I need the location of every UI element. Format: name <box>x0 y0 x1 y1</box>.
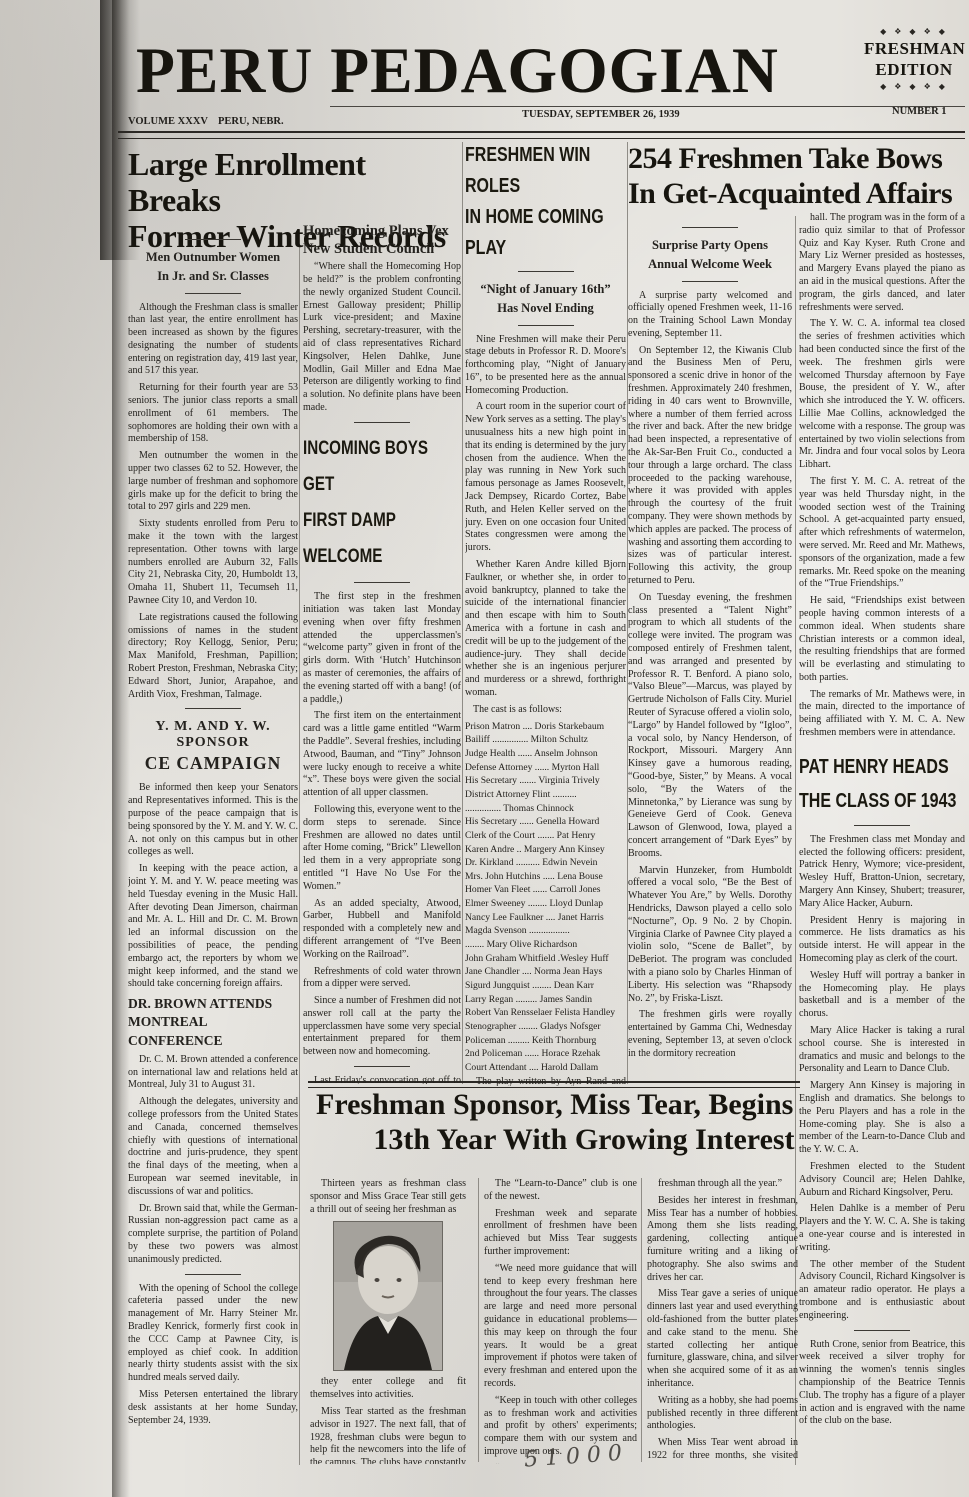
cast-line: Larry Regan ......... James Sandin <box>465 994 626 1007</box>
paragraph: Miss Petersen entertained the library de… <box>128 1389 298 1427</box>
paragraph: The “Learn-to-Dance” club is one of the … <box>484 1178 637 1204</box>
sponsor-column-right: freshman through all the year.”Besides h… <box>647 1178 798 1464</box>
paragraph: A surprise party welcomed and officially… <box>628 290 792 341</box>
subhead-line: Annual Welcome Week <box>648 257 772 271</box>
play-subhead: “Night of January 16th” Has Novel Ending <box>465 280 626 318</box>
edition-line: EDITION <box>864 59 964 80</box>
cast-line: Nancy Lee Faulkner .... Janet Harris <box>465 912 626 925</box>
paragraph: The freshmen girls were royally entertai… <box>628 1009 792 1060</box>
cast-list: Prison Matron .... Doris StarkebaumBaili… <box>465 721 626 1075</box>
paragraph: On Tuesday evening, the freshmen class p… <box>628 592 792 861</box>
paragraph: Dr. Brown said that, while the German-Ru… <box>128 1203 298 1267</box>
cast-line: Robert Van Rensselaer Felista Handley <box>465 1007 626 1020</box>
cast-line: Elmer Sweeney ........ Lloyd Dunlap <box>465 898 626 911</box>
paragraph: When Miss Tear went abroad in 1922 for t… <box>647 1437 798 1464</box>
play-body: Nine Freshmen will make their Peru stage… <box>465 334 626 700</box>
sponsor-headline: Freshman Sponsor, Miss Tear, Begins <box>308 1088 800 1123</box>
column-3: FRESHMEN WIN ROLES IN HOME COMING PLAY “… <box>465 140 626 1086</box>
take-bows-body-left: A surprise party welcomed and officially… <box>628 290 792 1061</box>
headline-line: INCOMING BOYS GET <box>303 431 461 503</box>
diamond-border-bottom-icon <box>864 83 964 91</box>
headline-line: In Get-Acquainted Affairs <box>628 177 952 210</box>
column-rule <box>299 230 300 1465</box>
section-divider <box>185 708 241 709</box>
paragraph: A court room in the superior court of Ne… <box>465 401 626 555</box>
paragraph: Margery Ann Kinsey is majoring in Englis… <box>799 1080 965 1157</box>
dateline: VOLUME XXXV PERU, NEBR. TUESDAY, SEPTEMB… <box>122 108 965 130</box>
cast-line: Clerk of the Court ....... Pat Henry <box>465 830 626 843</box>
sponsor-column-left: Thirteen years as freshman class sponsor… <box>310 1178 466 1464</box>
cast-line: 2nd Policeman ...... Horace Rzehak <box>465 1048 626 1061</box>
peace-body: Be informed then keep your Senators and … <box>128 782 298 991</box>
edition-box: FRESHMAN EDITION <box>864 26 964 93</box>
section-divider <box>185 239 241 240</box>
cast-line: Prison Matron .... Doris Starkebaum <box>465 721 626 734</box>
newspaper-page: PERU PEDAGOGIAN FRESHMAN EDITION VOLUME … <box>0 0 969 1497</box>
column-2: Homecoming Plans Vex New Student Council… <box>303 222 461 1084</box>
peace-headline: CE CAMPAIGN <box>128 753 298 774</box>
paragraph: In keeping with the peace action, a join… <box>128 863 298 991</box>
column-1: Men Outnumber Women In Jr. and Sr. Class… <box>128 232 298 1465</box>
cast-line: Bailiff ............... Milton Schultz <box>465 734 626 747</box>
paragraph: The Y. W. C. A. informal tea closed the … <box>799 318 965 472</box>
headline-line: 254 Freshmen Take Bows <box>628 142 942 175</box>
cast-line: Jane Chandler .... Norma Jean Hays <box>465 966 626 979</box>
paragraph: The play written by Ayn Rand and first p… <box>465 1076 626 1086</box>
paragraph: Sixty students enrolled from Peru to mak… <box>128 518 298 608</box>
paragraph: Following this, everyone went to the dor… <box>303 804 461 894</box>
sponsor-column-middle: The “Learn-to-Dance” club is one of the … <box>484 1178 637 1464</box>
section-divider <box>354 582 410 583</box>
section-divider <box>185 293 241 294</box>
paragraph: The first step in the freshmen initiatio… <box>303 591 461 706</box>
subhead-line: Men Outnumber Women <box>146 250 280 264</box>
cast-line: Mrs. John Hutchins ..... Lena Bouse <box>465 871 626 884</box>
brown-body: Dr. C. M. Brown attended a conference on… <box>128 1054 298 1267</box>
date-label: TUESDAY, SEPTEMBER 26, 1939 <box>522 109 680 120</box>
cast-line: Karen Andre .. Margery Ann Kinsey <box>465 844 626 857</box>
paragraph: Although the delegates, university and c… <box>128 1096 298 1198</box>
tennis-brief: Ruth Crone, senior from Beatrice, this w… <box>799 1339 965 1429</box>
cast-line: Court Attendant .... Harold Dallam <box>465 1062 626 1075</box>
paragraph: As an added specialty, Atwood, Garber, H… <box>303 898 461 962</box>
paragraph: The first item on the entertainment card… <box>303 710 461 800</box>
issue-number-label: NUMBER 1 <box>892 106 947 117</box>
paragraph: Nine Freshmen will make their Peru stage… <box>465 334 626 398</box>
headline-line: DR. BROWN ATTENDS <box>128 996 272 1011</box>
masthead-rule <box>330 106 965 107</box>
paragraph: Mary Alice Hacker is taking a rural scho… <box>799 1025 965 1076</box>
paper-title: PERU PEDAGOGIAN <box>136 34 861 109</box>
masthead-double-rule <box>118 131 965 139</box>
cast-line: John Graham Whitfield .Wesley Huff <box>465 953 626 966</box>
section-divider <box>354 422 410 423</box>
headline-line: New Student Council <box>303 241 434 257</box>
paragraph: “We need more guidance that will tend to… <box>484 1263 637 1391</box>
news-briefs: With the opening of School the college c… <box>128 1283 298 1428</box>
cast-line: Magda Svenson ................. <box>465 925 626 938</box>
paragraph: Late registrations caused the following … <box>128 612 298 702</box>
section-divider <box>682 227 738 228</box>
headline-line: Large Enrollment Breaks <box>128 146 366 218</box>
section-divider <box>518 325 574 326</box>
damp-welcome-headline: INCOMING BOYS GET FIRST DAMP WELCOME <box>303 431 461 575</box>
paragraph: With the opening of School the college c… <box>128 1283 298 1385</box>
miss-tear-photo <box>333 1221 443 1371</box>
paragraph: President Henry is majoring in commerce.… <box>799 915 965 966</box>
paragraph: The remarks of Mr. Mathews were, in the … <box>799 689 965 740</box>
paragraph: Last Friday's convocation got off to a h… <box>303 1075 461 1084</box>
section-divider <box>854 825 910 826</box>
pat-henry-body: The Freshmen class met Monday and electe… <box>799 834 965 1323</box>
paragraph: Freshmen elected to the Student Advisory… <box>799 1161 965 1199</box>
paragraph: Helen Dahlke is a member of Peru Players… <box>799 1203 965 1254</box>
cast-line: His Secretary ...... Genella Howard <box>465 816 626 829</box>
cast-intro: The cast is as follows: <box>465 704 626 717</box>
paragraph: The other member of the Student Advisory… <box>799 1259 965 1323</box>
paragraph: Ruth Crone, senior from Beatrice, this w… <box>799 1339 965 1429</box>
paragraph: Wesley Huff will portray a banker in the… <box>799 970 965 1021</box>
column-4: Surprise Party Opens Annual Welcome Week… <box>628 220 792 1084</box>
paragraph: He said, “Friendships exist between peop… <box>799 595 965 685</box>
paragraph: Miss Tear started as the freshman adviso… <box>310 1406 466 1464</box>
cast-line: Judge Health ...... Anselm Johnson <box>465 748 626 761</box>
paragraph: they enter college and fit themselves in… <box>310 1376 466 1402</box>
paragraph: Miss Tear gave a series of unique dinner… <box>647 1288 798 1390</box>
homecoming-headline: Homecoming Plans Vex New Student Council <box>303 222 461 258</box>
paragraph: Returning for their fourth year are 53 s… <box>128 382 298 446</box>
headline-line: THE CLASS OF 1943 <box>799 784 965 818</box>
paragraph: The first Y. M. C. A. retreat of the yea… <box>799 476 965 591</box>
subhead-line: Surprise Party Opens <box>652 238 768 252</box>
section-divider <box>518 271 574 272</box>
cast-line: Dr. Kirkland .......... Edwin Nevein <box>465 857 626 870</box>
paragraph: On September 12, the Kiwanis Club and th… <box>628 345 792 588</box>
column-rule <box>462 142 463 1084</box>
take-bows-body-right: hall. The program was in the form of a r… <box>799 212 965 740</box>
cast-line: Defense Attorney ...... Myrton Hall <box>465 762 626 775</box>
paragraph: Although the Freshman class is smaller t… <box>128 302 298 379</box>
diamond-border-top-icon <box>864 28 964 36</box>
cast-line: Stenographer ........ Gladys Nofsger <box>465 1021 626 1034</box>
section-divider <box>354 1066 410 1067</box>
enrollment-body: Although the Freshman class is smaller t… <box>128 302 298 702</box>
take-bows-headline: 254 Freshmen Take Bows In Get-Acquainted… <box>628 142 966 211</box>
headline-line: Homecoming Plans Vex <box>303 223 449 239</box>
place-label: PERU, NEBR. <box>218 116 284 127</box>
section-divider <box>854 1330 910 1331</box>
paragraph: Thirteen years as freshman class sponsor… <box>310 1178 466 1216</box>
headline-line: FRESHMEN WIN ROLES <box>465 140 626 202</box>
column-5: hall. The program was in the form of a r… <box>799 212 965 1465</box>
cast-line: District Attorney Flint .......... <box>465 789 626 802</box>
homecoming-body: “Where shall the Homecoming Hop be held?… <box>303 261 461 415</box>
cast-line: ............... Thomas Chinnock <box>465 803 626 816</box>
paragraph: The Freshmen class met Monday and electe… <box>799 834 965 911</box>
sponsor-article: Freshman Sponsor, Miss Tear, Begins 13th… <box>308 1088 800 1465</box>
brown-headline: DR. BROWN ATTENDS MONTREAL CONFERENCE <box>128 995 298 1050</box>
subhead-line: In Jr. and Sr. Classes <box>157 269 269 283</box>
paragraph: Since a number of Freshmen did not answe… <box>303 995 461 1059</box>
convocation-brief: Last Friday's convocation got off to a h… <box>303 1075 461 1084</box>
paragraph: Men outnumber the women in the upper two… <box>128 450 298 514</box>
headline-line: FIRST DAMP WELCOME <box>303 503 461 575</box>
paragraph: Besides her interest in freshman, Miss T… <box>647 1195 798 1285</box>
cast-line: Homer Van Fleet ...... Carroll Jones <box>465 884 626 897</box>
paragraph: Writing as a hobby, she had poems publis… <box>647 1395 798 1433</box>
paragraph: Marvin Hunzeker, from Humboldt offered a… <box>628 865 792 1006</box>
paragraph: freshman through all the year.” <box>647 1178 798 1191</box>
headline-line: IN HOME COMING PLAY <box>465 202 626 264</box>
cast-line: Policeman ......... Keith Thornburg <box>465 1035 626 1048</box>
cast-line: Sigurd Jungquist ........ Dean Karr <box>465 980 626 993</box>
cast-line: ........ Mary Olive Richardson <box>465 939 626 952</box>
damp-welcome-body: The first step in the freshmen initiatio… <box>303 591 461 1059</box>
paragraph: hall. The program was in the form of a r… <box>799 212 965 314</box>
play-headline: FRESHMEN WIN ROLES IN HOME COMING PLAY <box>465 140 626 264</box>
headline-line: PAT HENRY HEADS <box>799 750 965 784</box>
pat-henry-headline: PAT HENRY HEADS THE CLASS OF 1943 <box>799 750 965 818</box>
section-divider <box>185 1274 241 1275</box>
cast-line: His Secretary ....... Virginia Trively <box>465 775 626 788</box>
enrollment-subhead: Men Outnumber Women In Jr. and Sr. Class… <box>128 248 298 286</box>
volume-label: VOLUME XXXV <box>128 116 208 127</box>
paragraph: Refreshments of cold water thrown from a… <box>303 966 461 992</box>
headline-line: MONTREAL CONFERENCE <box>128 1014 223 1047</box>
paragraph: Freshman week and separate enrollment of… <box>484 1208 637 1259</box>
edition-line: FRESHMAN <box>864 38 964 59</box>
paragraph: Whether Karen Andre killed Bjorn Faulkne… <box>465 559 626 700</box>
paragraph: Dr. C. M. Brown attended a conference on… <box>128 1054 298 1092</box>
play-closing: The play written by Ayn Rand and first p… <box>465 1076 626 1086</box>
peace-headline: Y. M. AND Y. W. SPONSOR <box>128 719 298 751</box>
sponsor-headline: 13th Year With Growing Interest <box>308 1123 800 1158</box>
subhead-line: Has Novel Ending <box>497 301 594 315</box>
section-divider <box>682 281 738 282</box>
paragraph: “Where shall the Homecoming Hop be held?… <box>303 261 461 415</box>
paragraph: Be informed then keep your Senators and … <box>128 782 298 859</box>
subhead-line: “Night of January 16th” <box>480 282 610 296</box>
take-bows-subhead: Surprise Party Opens Annual Welcome Week <box>628 236 792 274</box>
